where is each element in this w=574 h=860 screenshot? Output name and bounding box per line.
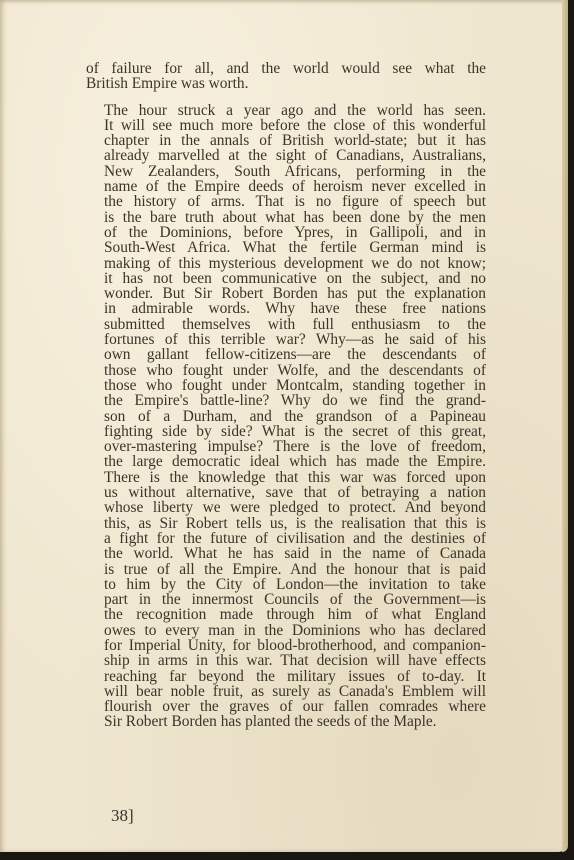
body-text: of failure for all, and the world would …: [86, 61, 486, 730]
text-line: this, as Sir Robert tells us, is the rea…: [86, 516, 486, 531]
text-line: flourish over the graves of our fallen c…: [86, 699, 486, 714]
text-line: name of the Empire deeds of heroism neve…: [86, 179, 486, 194]
paragraph-hour-struck: The hour struck a year ago and the world…: [86, 103, 486, 730]
text-line: those who fought under Montcalm, standin…: [86, 378, 486, 393]
text-line: it has not been communicative on the sub…: [86, 271, 486, 286]
text-line: the history of arms. That is no figure o…: [86, 194, 486, 209]
text-line: us without alternative, save that of bet…: [86, 485, 486, 500]
text-line: for Imperial Unity, for blood-brotherhoo…: [86, 638, 486, 653]
text-line: owes to every man in the Dominions who h…: [86, 623, 486, 638]
text-line: of failure for all, and the world would …: [86, 61, 486, 76]
text-line: submitted themselves with full enthusias…: [86, 317, 486, 332]
page-edge: [562, 0, 568, 852]
book-page: of failure for all, and the world would …: [0, 0, 568, 852]
text-line: the recognition made through him of what…: [86, 607, 486, 622]
text-line: own gallant fellow-citizens—are the desc…: [86, 347, 486, 362]
text-line: South-West Africa. What the fertile Germ…: [86, 240, 486, 255]
text-line: reaching far beyond the military issues …: [86, 669, 486, 684]
text-line: a fight for the future of civilisation a…: [86, 531, 486, 546]
text-line: part in the innermost Councils of the Go…: [86, 592, 486, 607]
text-line: will bear noble fruit, as surely as Cana…: [86, 684, 486, 699]
text-line: over-mastering impulse? There is the lov…: [86, 439, 486, 454]
text-line: chapter in the annals of British world-s…: [86, 133, 486, 148]
text-line: the Empire's battle-line? Why do we find…: [86, 393, 486, 408]
text-line: already marvelled at the sight of Canadi…: [86, 148, 486, 163]
page-number: 38]: [111, 806, 134, 826]
paragraph-continuation: of failure for all, and the world would …: [86, 61, 486, 92]
text-line: Sir Robert Borden has planted the seeds …: [86, 714, 486, 729]
text-line: It will see much more before the close o…: [86, 118, 486, 133]
text-line: British Empire was worth.: [86, 76, 486, 91]
text-line: fighting side by side? What is the secre…: [86, 424, 486, 439]
text-line: There is the knowledge that this war was…: [86, 470, 486, 485]
text-line: is true of all the Empire. And the honou…: [86, 562, 486, 577]
text-line: making of this mysterious development we…: [86, 256, 486, 271]
text-line: whose liberty we were pledged to protect…: [86, 500, 486, 515]
text-line: ship in arms in this war. That decision …: [86, 653, 486, 668]
text-line: of the Dominions, before Ypres, in Galli…: [86, 225, 486, 240]
text-line: is the bare truth about what has been do…: [86, 210, 486, 225]
text-line: the large democratic ideal which has mad…: [86, 454, 486, 469]
text-line: the world. What he has said in the name …: [86, 546, 486, 561]
text-line: in admirable words. Why have these free …: [86, 301, 486, 316]
text-line: wonder. But Sir Robert Borden has put th…: [86, 286, 486, 301]
text-line: fortunes of this terrible war? Why—as he…: [86, 332, 486, 347]
text-line: those who fought under Wolfe, and the de…: [86, 363, 486, 378]
text-line: son of a Durham, and the grandson of a P…: [86, 409, 486, 424]
text-line: to him by the City of London—the invitat…: [86, 577, 486, 592]
text-line: New Zealanders, South Africans, performi…: [86, 164, 486, 179]
text-line: The hour struck a year ago and the world…: [86, 103, 486, 118]
